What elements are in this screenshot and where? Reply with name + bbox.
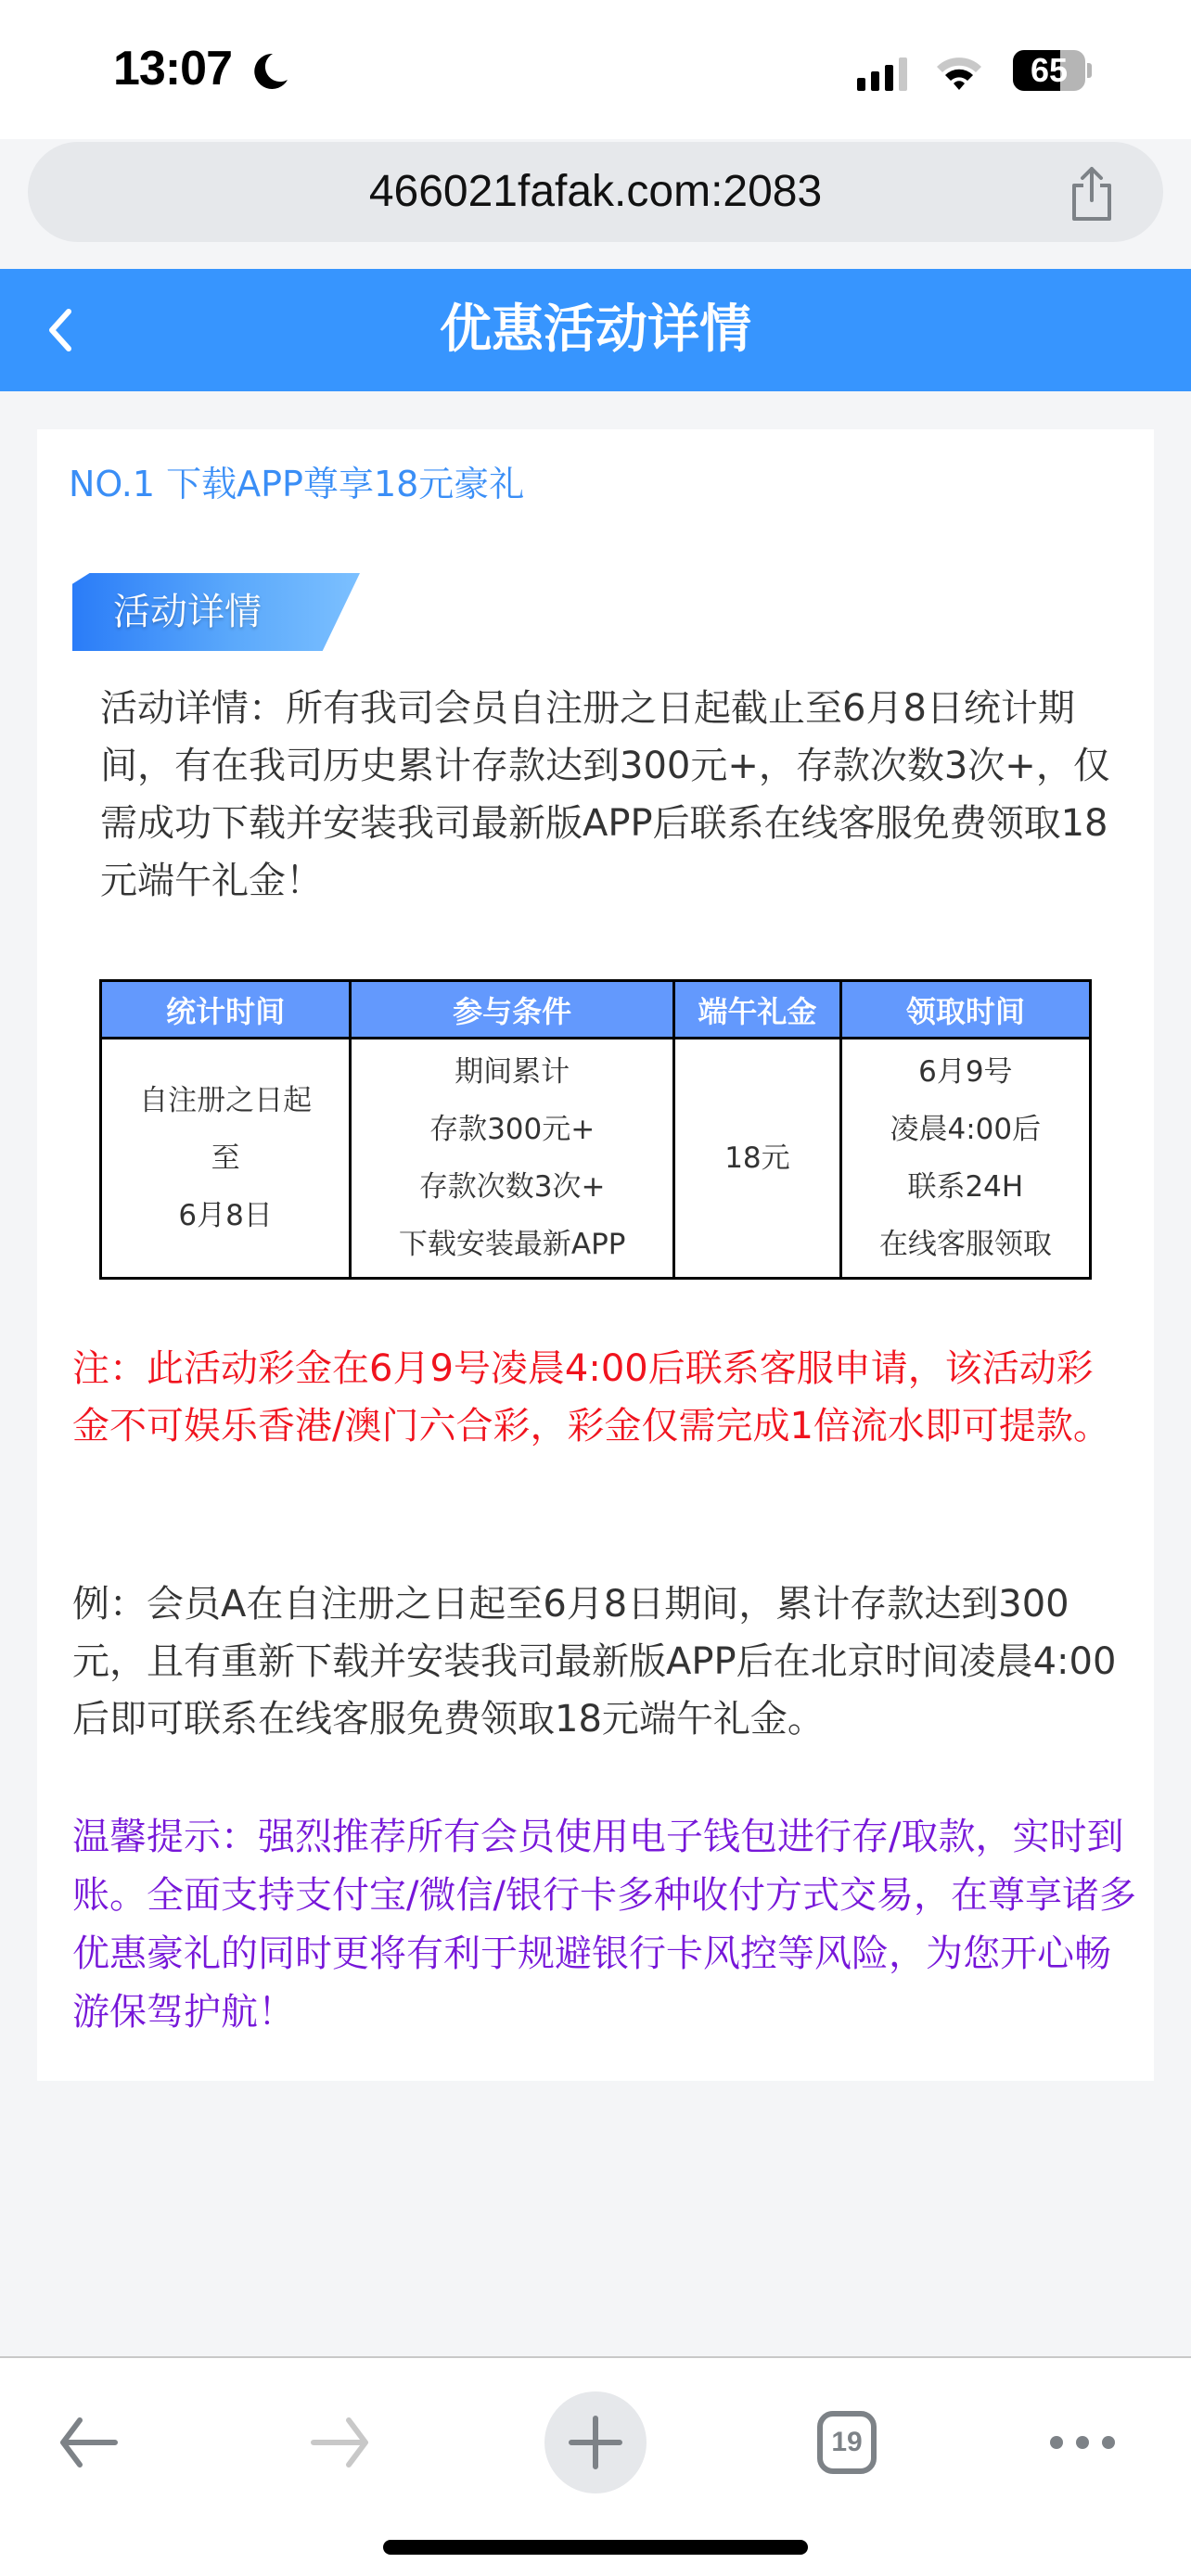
- promo-table: 统计时间 参与条件 端午礼金 领取时间 自注册之日起 至 6月8日 期间累计 存…: [99, 979, 1092, 1280]
- share-icon[interactable]: [1069, 165, 1115, 223]
- moon-icon: [252, 52, 289, 91]
- battery-level: 65: [1013, 50, 1085, 91]
- tabs-button[interactable]: 19: [796, 2391, 898, 2493]
- new-tab-button[interactable]: [544, 2391, 647, 2493]
- more-button[interactable]: [1031, 2391, 1133, 2493]
- battery-indicator: 65: [1013, 50, 1093, 91]
- arrow-left-icon: [56, 2415, 121, 2470]
- back-button[interactable]: [37, 2391, 139, 2493]
- cellular-signal-icon: [857, 57, 913, 91]
- promo-title: NO.1 下载APP尊享18元豪礼: [69, 455, 524, 506]
- address-bar[interactable]: 466021fafak.com:2083: [28, 142, 1163, 242]
- status-time: 13:07: [113, 41, 232, 96]
- forward-button[interactable]: [289, 2391, 391, 2493]
- section-tag-label: 活动详情: [113, 573, 262, 651]
- example-text: 例：会员A在自注册之日起至6月8日期间，累计存款达到300元，且有重新下载并安装…: [72, 1575, 1130, 1748]
- tabs-count: 19: [796, 2391, 898, 2493]
- note-text: 注：此活动彩金在6月9号凌晨4:00后联系客服申请，该活动彩金不可娱乐香港/澳门…: [72, 1340, 1130, 1455]
- promo-card: NO.1 下载APP尊享18元豪礼 活动详情 活动详情：所有我司会员自注册之日起…: [37, 429, 1154, 2081]
- status-bar: 13:07 65: [0, 0, 1191, 139]
- table-cell-conditions: 期间累计 存款300元+ 存款次数3次+ 下载安装最新APP: [351, 1039, 674, 1279]
- url-text[interactable]: 466021fafak.com:2083: [28, 142, 1163, 242]
- home-indicator[interactable]: [383, 2540, 808, 2555]
- arrow-right-icon: [308, 2415, 373, 2470]
- table-header-claim-time: 领取时间: [840, 981, 1090, 1039]
- table-header-conditions: 参与条件: [351, 981, 674, 1039]
- plus-icon: [568, 2415, 623, 2470]
- section-tag: 活动详情: [72, 573, 360, 651]
- table-header-bonus: 端午礼金: [674, 981, 841, 1039]
- app-header: 优惠活动详情: [0, 269, 1191, 391]
- activity-detail-text: 活动详情：所有我司会员自注册之日起截止至6月8日统计期间，有在我司历史累计存款达…: [100, 680, 1130, 910]
- more-dots-icon: [1047, 2433, 1118, 2452]
- table-cell-bonus: 18元: [674, 1039, 841, 1279]
- wifi-icon: [935, 54, 983, 91]
- table-row: 自注册之日起 至 6月8日 期间累计 存款300元+ 存款次数3次+ 下载安装最…: [101, 1039, 1091, 1279]
- table-cell-claim-time: 6月9号 凌晨4:00后 联系24H 在线客服领取: [840, 1039, 1090, 1279]
- table-header-period: 统计时间: [101, 981, 351, 1039]
- table-header-row: 统计时间 参与条件 端午礼金 领取时间: [101, 981, 1091, 1039]
- tip-text: 温馨提示：强烈推荐所有会员使用电子钱包进行存/取款，实时到账。全面支持支付宝/微…: [72, 1808, 1139, 2042]
- page-title: 优惠活动详情: [0, 269, 1191, 391]
- table-cell-period: 自注册之日起 至 6月8日: [101, 1039, 351, 1279]
